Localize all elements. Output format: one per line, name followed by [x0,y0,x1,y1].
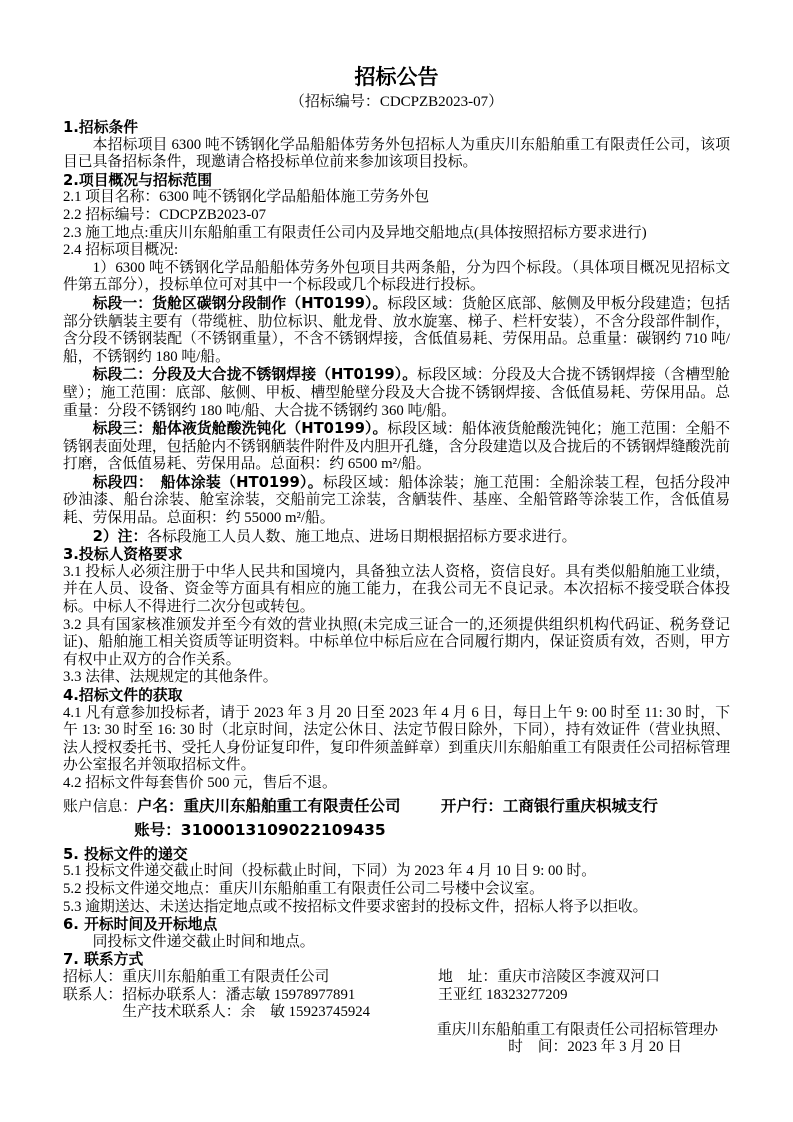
account-info-label: 账户信息： [63,799,137,815]
tender-reference-number: （招标编号：CDCPZB2023-07） [63,93,730,111]
account-holder-name: 户名：重庆川东船舶重工有限责任公司 [137,797,401,815]
section-4-heading: 4.招标文件的获取 [63,687,730,705]
section-7-heading: 7. 联系方式 [63,951,730,969]
section-1-heading: 1.招标条件 [63,119,730,137]
section-2-heading: 2.项目概况与招标范围 [63,172,730,190]
page-title: 招标公告 [63,64,730,90]
project-overview-item: 2.4 招标项目概况: [63,242,730,260]
tender-office-contact-2: 王亚红 18323277209 [438,987,730,1005]
bank-name: 开户行：工商银行重庆枳城支行 [441,797,658,815]
project-name-item: 2.1 项目名称：6300 吨不锈钢化学品船船体施工劳务外包 [63,189,730,207]
note-2-text: 各标段施工人员人数、施工地点、进场日期根据招标方要求进行。 [147,529,576,545]
section-6-heading: 6. 开标时间及开标地点 [63,916,730,934]
bid-opening-note: 同投标文件递交截止时间和地点。 [63,934,730,952]
tender-office-contact: 联系人：招标办联系人：潘志敏 15978977891 [63,987,438,1005]
submission-item-51: 5.1 投标文件递交截止时间（投标截止时间，下同）为 2023 年 4 月 10… [63,863,730,881]
qualification-item-31: 3.1 投标人必须注册于中华人民共和国境内，具备独立法人资格，资信良好。具有类似… [63,564,730,617]
submission-item-52: 5.2 投标文件递交地点：重庆川东船舶重工有限责任公司二号楼中会议室。 [63,881,730,899]
bid-section-4-title: 标段四： 船体涂装（HT0199）。 [93,474,323,491]
tender-number-item: 2.2 招标编号：CDCPZB2023-07 [63,207,730,225]
account-info-row: 账户信息：户名：重庆川东船舶重工有限责任公司开户行：工商银行重庆枳城支行 [63,798,730,817]
signature-organization: 重庆川东船舶重工有限责任公司招标管理办 [63,1022,730,1040]
technical-contact: 生产技术联系人：余 敏 15923745924 [63,1004,370,1022]
construction-site-item: 2.3 施工地点:重庆川东船舶重工有限责任公司内及异地交船地点(具体按照招标方要… [63,225,730,243]
bid-section-3: 标段三：船体液货舱酸洗钝化（HT0199）。标段区域：船体液货舱酸洗钝化；施工范… [63,420,730,474]
bid-section-2: 标段二：分段及大合拢不锈钢焊接（HT0199）。标段区域：分段及大合拢不锈钢焊接… [63,366,730,420]
tenderer-name: 招标人：重庆川东船舶重工有限责任公司 [63,969,438,987]
contact-row-tenderer: 招标人：重庆川东船舶重工有限责任公司 地 址：重庆市涪陵区李渡双河口 [63,969,730,987]
contact-row-technical: 生产技术联系人：余 敏 15923745924 [63,1004,730,1022]
bid-section-1: 标段一：货舱区碳钢分段制作（HT0199）。标段区域：货舱区底部、舷侧及甲板分段… [63,295,730,366]
document-acquisition-item-42: 4.2 招标文件每套售价 500 元，售后不退。 [63,775,730,793]
document-acquisition-item-41: 4.1 凡有意参加投标者，请于 2023 年 3 月 20 日至 2023 年 … [63,705,730,775]
tender-announcement-page: 招标公告 （招标编号：CDCPZB2023-07） 1.招标条件 本招标项目 6… [0,0,793,1122]
tenderer-address: 地 址：重庆市涪陵区李渡双河口 [438,969,730,987]
bid-section-1-title: 标段一：货舱区碳钢分段制作（HT0199）。 [93,295,388,312]
section-5-heading: 5. 投标文件的递交 [63,846,730,864]
bid-section-2-title: 标段二：分段及大合拢不锈钢焊接（HT0199）。 [93,366,418,383]
section-1-body: 本招标项目 6300 吨不锈钢化学品船船体劳务外包招标人为重庆川东船舶重工有限责… [63,137,730,172]
project-overview-note-2: 2）注：各标段施工人员人数、施工地点、进场日期根据招标方要求进行。 [63,528,730,547]
qualification-item-33: 3.3 法律、法规规定的其他条件。 [63,669,730,687]
account-number: 账号：3100013109022109435 [63,822,730,840]
signature-date: 时 间：2023 年 3 月 20 日 [63,1039,730,1057]
submission-item-53: 5.3 逾期送达、未送达指定地点或不按招标文件要求密封的投标文件，招标人将予以拒… [63,899,730,917]
project-overview-note-1: 1）6300 吨不锈钢化学品船船体劳务外包项目共两条船，分为四个标段。（具体项目… [63,260,730,295]
contact-row-persons: 联系人：招标办联系人：潘志敏 15978977891 王亚红 183232772… [63,987,730,1005]
note-2-label: 2）注： [93,528,148,545]
section-3-heading: 3.投标人资格要求 [63,546,730,564]
bid-section-3-title: 标段三：船体液货舱酸洗钝化（HT0199）。 [93,420,388,437]
bid-section-4: 标段四： 船体涂装（HT0199）。标段区域：船体涂装；施工范围：全船涂装工程，… [63,474,730,528]
qualification-item-32: 3.2 具有国家核准颁发并至今有效的营业执照(未完成三证合一的,还须提供组织机构… [63,617,730,670]
